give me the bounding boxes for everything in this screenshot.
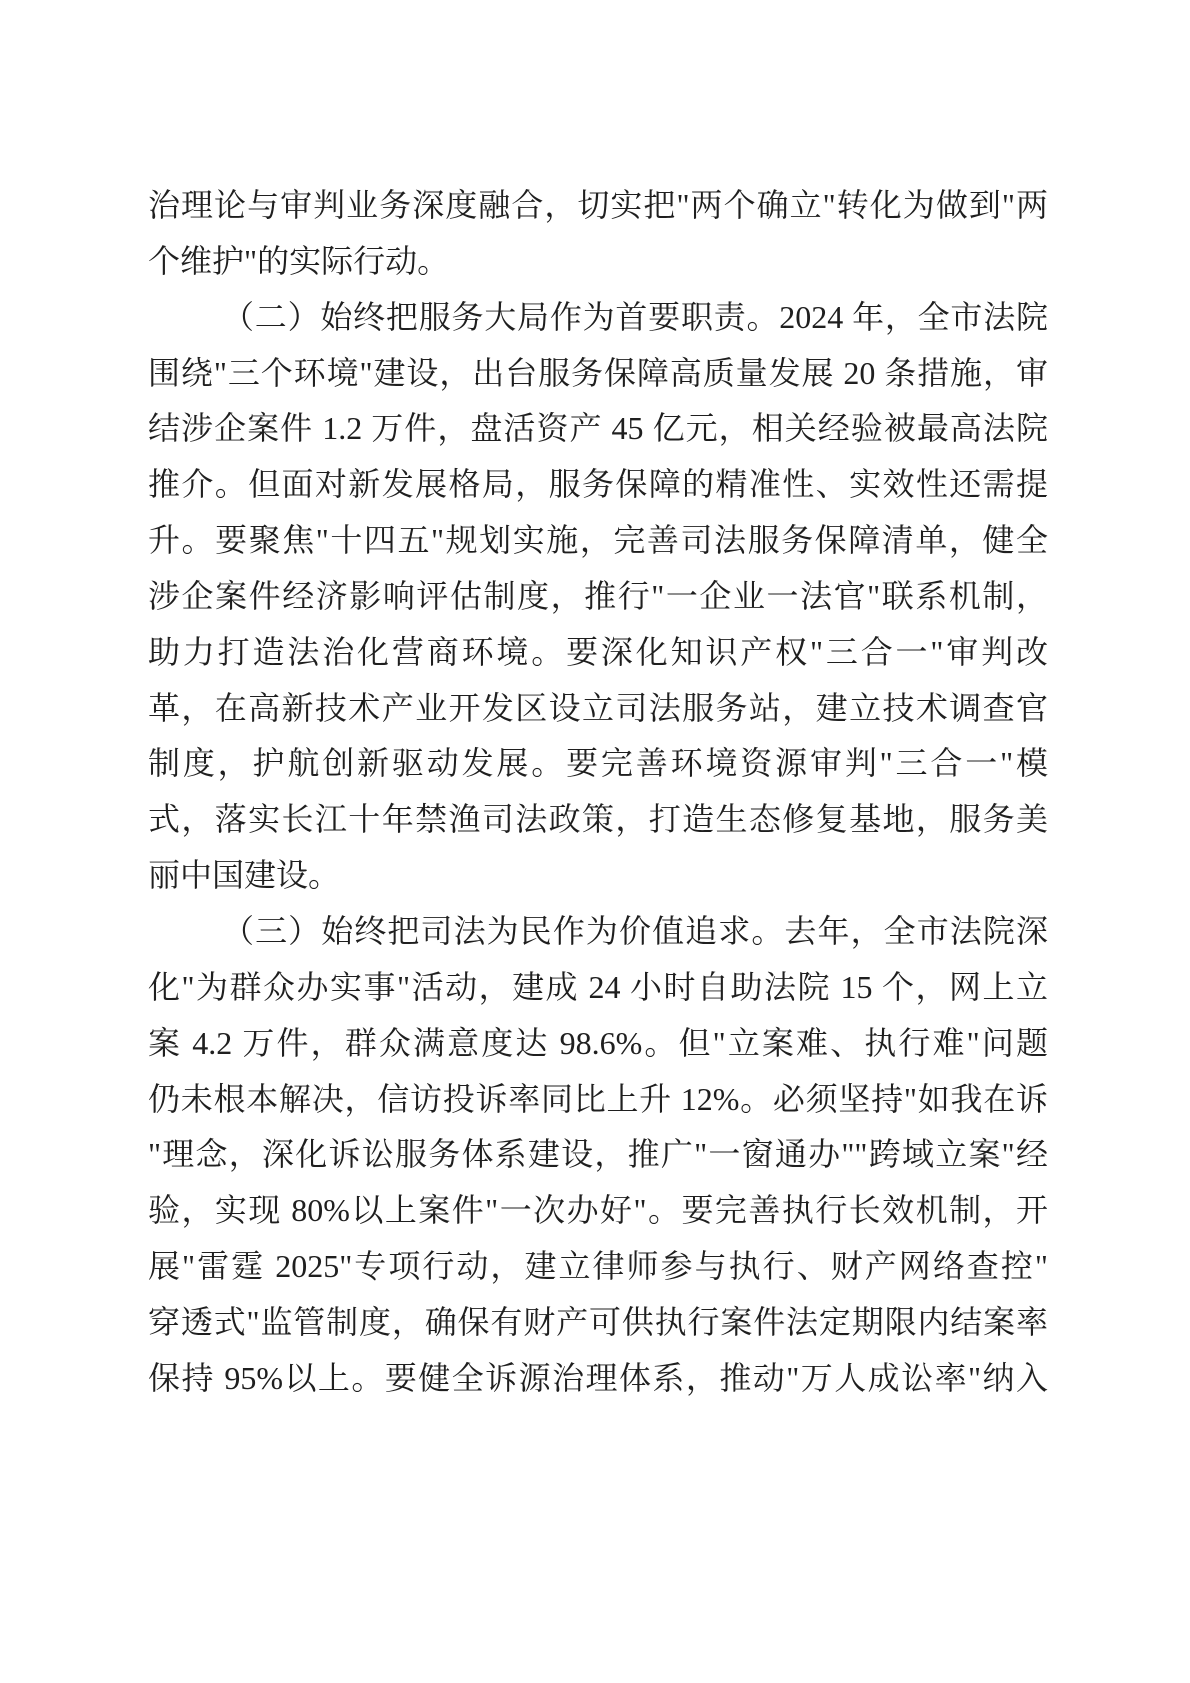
document-line: 案 4.2 万件，群众满意度达 98.6%。但"立案难、执行难"问题 — [148, 1016, 1048, 1072]
document-line: 推介。但面对新发展格局，服务保障的精准性、实效性还需提 — [148, 457, 1048, 513]
document-line: 结涉企案件 1.2 万件，盘活资产 45 亿元，相关经验被最高法院 — [148, 401, 1048, 457]
document-line: 革，在高新技术产业开发区设立司法服务站，建立技术调查官 — [148, 681, 1048, 737]
document-line: 保持 95%以上。要健全诉源治理体系，推动"万人成讼率"纳入 — [148, 1351, 1048, 1407]
document-line: 式，落实长江十年禁渔司法政策，打造生态修复基地，服务美 — [148, 792, 1048, 848]
document-line: 升。要聚焦"十四五"规划实施，完善司法服务保障清单，健全 — [148, 513, 1048, 569]
document-line: 制度，护航创新驱动发展。要完善环境资源审判"三合一"模 — [148, 736, 1048, 792]
document-line: 仍未根本解决，信访投诉率同比上升 12%。必须坚持"如我在诉 — [148, 1072, 1048, 1128]
document-line: 个维护"的实际行动。 — [148, 234, 1048, 290]
document-line: （二）始终把服务大局作为首要职责。2024 年，全市法院 — [148, 290, 1048, 346]
document-line: 涉企案件经济影响评估制度，推行"一企业一法官"联系机制， — [148, 569, 1048, 625]
document-line: （三）始终把司法为民作为价值追求。去年，全市法院深 — [148, 904, 1048, 960]
document-page: 治理论与审判业务深度融合，切实把"两个确立"转化为做到"两个维护"的实际行动。（… — [0, 0, 1190, 1683]
document-line: 展"雷霆 2025"专项行动，建立律师参与执行、财产网络查控" — [148, 1239, 1048, 1295]
document-line: "理念，深化诉讼服务体系建设，推广"一窗通办""跨域立案"经 — [148, 1127, 1048, 1183]
document-line: 丽中国建设。 — [148, 848, 1048, 904]
document-line: 验，实现 80%以上案件"一次办好"。要完善执行长效机制，开 — [148, 1183, 1048, 1239]
document-text-block: 治理论与审判业务深度融合，切实把"两个确立"转化为做到"两个维护"的实际行动。（… — [148, 178, 1048, 1407]
document-line: 助力打造法治化营商环境。要深化知识产权"三合一"审判改 — [148, 625, 1048, 681]
document-line: 化"为群众办实事"活动，建成 24 小时自助法院 15 个，网上立 — [148, 960, 1048, 1016]
document-line: 穿透式"监管制度，确保有财产可供执行案件法定期限内结案率 — [148, 1295, 1048, 1351]
document-line: 围绕"三个环境"建设，出台服务保障高质量发展 20 条措施，审 — [148, 346, 1048, 402]
document-line: 治理论与审判业务深度融合，切实把"两个确立"转化为做到"两 — [148, 178, 1048, 234]
